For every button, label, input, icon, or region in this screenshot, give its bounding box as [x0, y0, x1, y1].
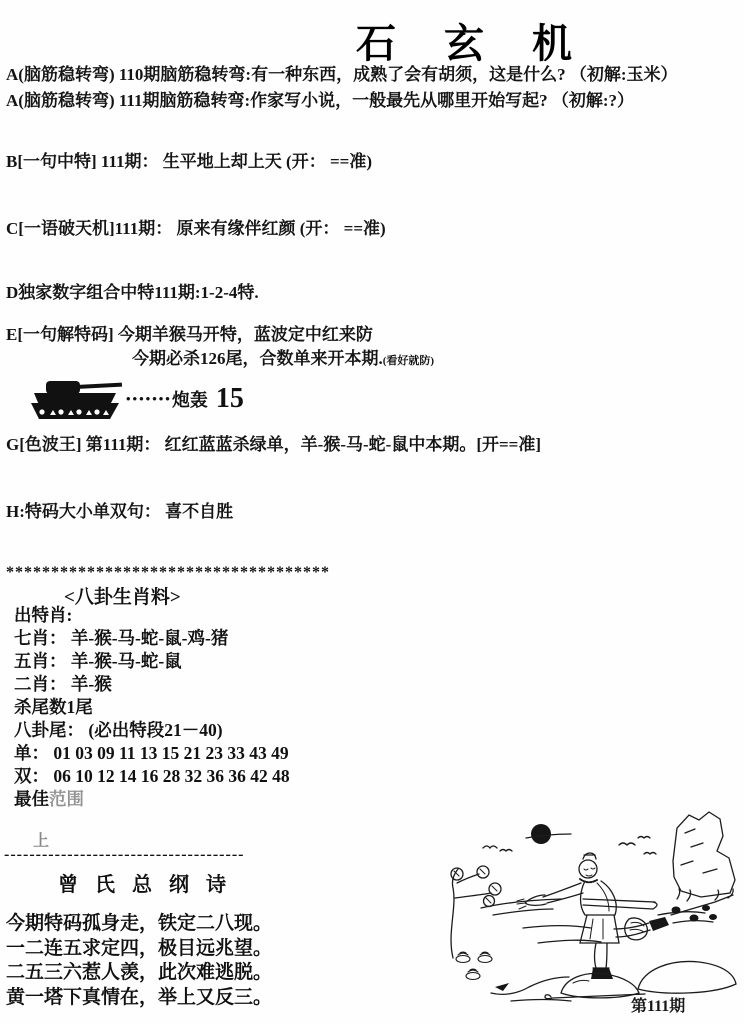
best-range-prefix: 最佳 [14, 789, 49, 809]
skater-illustration: 第111期 [433, 803, 744, 1022]
zodiac-row: 杀尾数1尾 [14, 696, 290, 719]
stars-divider: ************************************ [6, 564, 330, 582]
zodiac-row: 五肖： 羊-猴-马-蛇-鼠 [14, 650, 290, 673]
zodiac-row: 出特肖: [14, 604, 290, 627]
tip-line-d: D独家数字组合中特111期:1-2-4特. [6, 278, 259, 303]
poem-line: 黄一塔下真情在，举上又反三。 [6, 986, 272, 1011]
tip-line-e2: 今期必杀126尾，合数单来开本期.(看好就防) [132, 344, 434, 369]
tip-line-e1: E[一句解特码] 今期羊猴马开特，蓝波定中红来防 [6, 320, 373, 345]
riddle-line-110: A(脑筋稳转弯) 110期脑筋稳转弯:有一种东西，成熟了会有胡须，这是什么? （… [6, 60, 677, 85]
zodiac-row-best: 最佳范围 [14, 788, 290, 811]
zodiac-row: 八卦尾： (必出特段21－40) [14, 719, 290, 742]
cannon-label: 炮轰 [172, 386, 208, 412]
zodiac-row: 七肖： 羊-猴-马-蛇-鼠-鸡-猪 [14, 627, 290, 650]
tip-line-e2-note: (看好就防) [383, 355, 434, 367]
poem-lines: 今期特码孤身走，铁定二八现。 一二连五求定四，极目远兆望。 二五三六惹人羡，此次… [6, 912, 272, 1010]
best-range-suffix: 范围 [49, 789, 84, 809]
illustration-caption: 第111期 [631, 996, 685, 1015]
poem-line: 二五三六惹人羡，此次难逃脱。 [6, 961, 272, 986]
tip-line-b: B[一句中特] 111期： 生平地上却上天 (开： ==准) [6, 147, 372, 172]
tip-line-h: H:特码大小单双句： 喜不自胜 [6, 497, 233, 522]
tip-line-e2-text: 今期必杀126尾，合数单来开本期. [132, 349, 383, 368]
riddle-line-111: A(脑筋稳转弯) 111期脑筋稳转弯:作家写小说，一般最先从哪里开始写起? （初… [6, 86, 634, 111]
cannon-number: 15 [216, 383, 244, 415]
tank-icon [28, 376, 124, 422]
dashed-divider: -------------------------------------- [4, 846, 244, 864]
cannon-row: ••••••• 炮轰 15 [28, 376, 244, 422]
tip-line-c: C[一语破天机]111期： 原来有缘伴红颜 (开： ==准) [6, 214, 386, 239]
zodiac-rows: 出特肖: 七肖： 羊-猴-马-蛇-鼠-鸡-猪 五肖： 羊-猴-马-蛇-鼠 二肖：… [14, 604, 290, 811]
poem-line: 一二连五求定四，极目远兆望。 [6, 937, 272, 962]
zodiac-row: 双： 06 10 12 14 16 28 32 36 36 42 48 [14, 765, 290, 788]
poem-line: 今期特码孤身走，铁定二八现。 [6, 912, 272, 937]
page: 石 玄 机 A(脑筋稳转弯) 110期脑筋稳转弯:有一种东西，成熟了会有胡须，这… [0, 0, 744, 1024]
poem-title: 曾 氏 总 纲 诗 [58, 868, 232, 897]
zodiac-row: 单： 01 03 09 11 13 15 21 23 33 43 49 [14, 742, 290, 765]
cannon-trail-dots: ••••••• [126, 391, 172, 407]
zodiac-row: 二肖： 羊-猴 [14, 673, 290, 696]
tip-line-g: G[色波王] 第111期： 红红蓝蓝杀绿单，羊-猴-马-蛇-鼠中本期。[开==准… [6, 430, 541, 455]
